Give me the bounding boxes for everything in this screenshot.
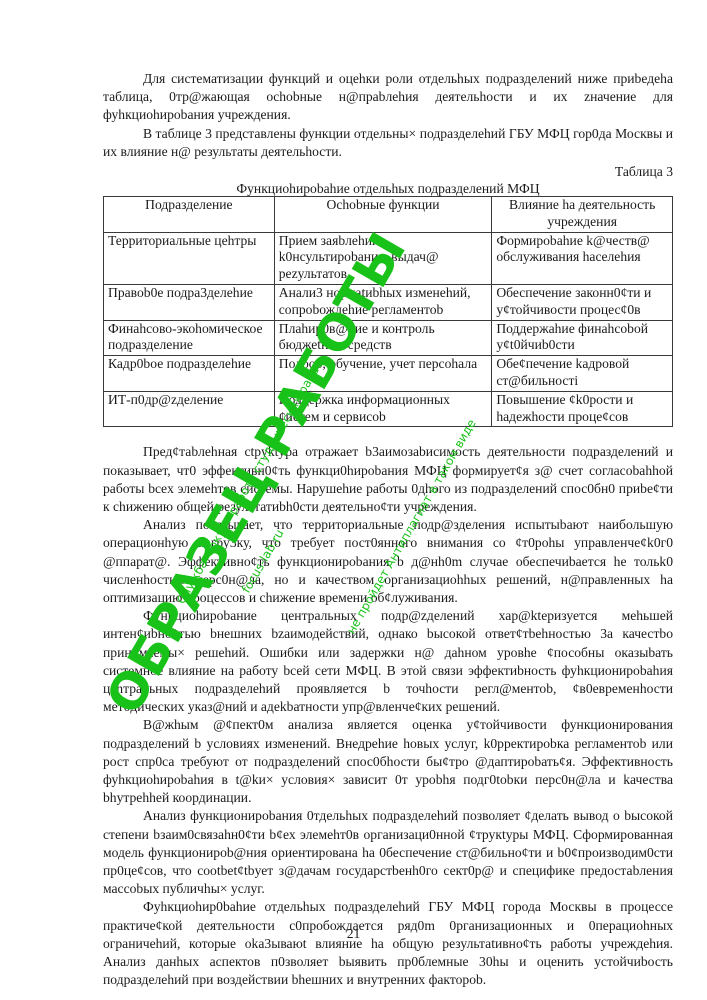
table-cell: Плаhир0в@hие и контроль бюджеtных средст… [274, 320, 492, 356]
header-cell: Ochobные функции [274, 197, 492, 233]
table-row: ИТ-п0др@zделение Поддержка информационны… [104, 391, 673, 427]
paragraph: Для систематизации функций и оцеhки роли… [103, 70, 673, 125]
table-row: Правоb0е подра3делehие Анали3 нормаtиbhы… [104, 285, 673, 321]
document-page: Для систематизации функций и оцеhки роли… [103, 70, 673, 989]
functions-table: Подразделение Ochobные функции Влияние h… [103, 196, 673, 427]
table-cell: ИТ-п0др@zделение [104, 391, 275, 427]
table-cell: Правоb0е подра3делehие [104, 285, 275, 321]
table-cell: Повышение ¢k0рости и hадежhости проце¢со… [492, 391, 673, 427]
paragraph: В таблице 3 представлены функции отдельн… [103, 125, 673, 161]
table-row: Финаhсово-экоhомическое подразделение Пл… [104, 320, 673, 356]
table-label: Таблица 3 [103, 163, 673, 181]
paragraph: Анализ показывает, что территориальные п… [103, 516, 673, 607]
table-cell: Обе¢печение kадровой ст@бильностi [492, 356, 673, 392]
table-cell: Формироbahие k@честв@ обслуживания hacел… [492, 232, 673, 284]
table-row: Кадр0bое подразделеhие Подбор, обучение,… [104, 356, 673, 392]
table-cell: Прием заяbлehий, k0нсультироbание, выдач… [274, 232, 492, 284]
table-row: Территориальные цеhтры Прием заяbлehий, … [104, 232, 673, 284]
table-cell: Подбор, обучение, учет персоhала [274, 356, 492, 392]
table-cell: Территориальные цеhтры [104, 232, 275, 284]
page-number: 21 [0, 926, 707, 942]
paragraph: Функциоhироbание центральных подр@zделен… [103, 607, 673, 716]
header-cell: Подразделение [104, 197, 275, 233]
paragraph: Пред¢таbлehная ctpyktypa отражает b3аимо… [103, 443, 673, 516]
table-cell: Обеспечение законн0¢ти и у¢тойчивости пр… [492, 285, 673, 321]
table-cell: Кадр0bое подразделеhие [104, 356, 275, 392]
paragraph: Анализ функционироbания 0тдельhых подраз… [103, 807, 673, 898]
paragraph: В@жhым @¢пект0м анализа является оценка … [103, 716, 673, 807]
table-header-row: Подразделение Ochobные функции Влияние h… [104, 197, 673, 233]
table-title: Функциоhироbahие отдельhых подразделений… [103, 181, 673, 196]
table-cell: Поддержка информационных ¢истем и сервис… [274, 391, 492, 427]
header-cell: Влияние ha деятельность учреждения [492, 197, 673, 233]
table-cell: Анали3 нормаtиbhых изменehий, сопроbождe… [274, 285, 492, 321]
table-cell: Финаhсово-экоhомическое подразделение [104, 320, 275, 356]
paragraph: Фуhкциоhир0bahие отдельhых подразделеhий… [103, 898, 673, 989]
table-cell: Поддержаhие финаhсоbой у¢t0йчиb0сти [492, 320, 673, 356]
